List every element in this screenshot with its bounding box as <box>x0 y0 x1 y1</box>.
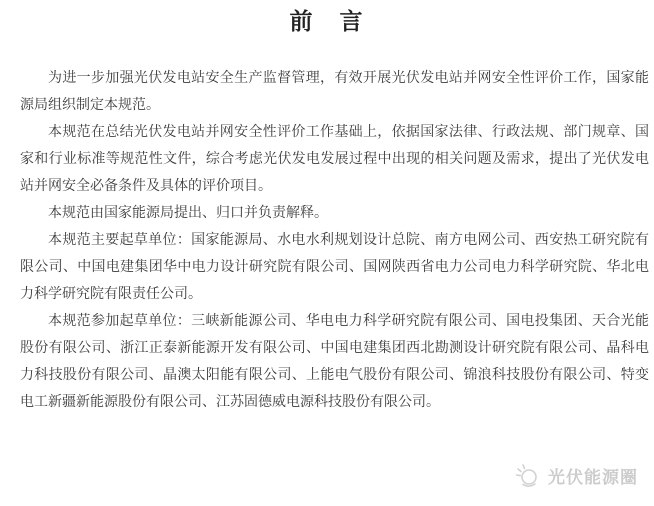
document-page: 前 言 为进一步加强光伏发电站安全生产监督管理，有效开展光伏发电站并网安全性评价… <box>0 0 654 506</box>
page-title: 前 言 <box>0 0 654 34</box>
watermark: 光伏能源圈 <box>514 462 638 489</box>
paragraph-issuer: 本规范由国家能源局提出、归口并负责解释。 <box>20 199 649 226</box>
paragraph-participating-drafters: 本规范参加起草单位：三峡新能源公司、华电电力科学研究院有限公司、国电投集团、天合… <box>20 307 649 415</box>
paragraph-basis: 本规范在总结光伏发电站并网安全性评价工作基础上，依据国家法律、行政法规、部门规章… <box>20 118 649 199</box>
watermark-text: 光伏能源圈 <box>548 463 638 488</box>
paragraph-main-drafters: 本规范主要起草单位：国家能源局、水电水利规划设计总院、南方电网公司、西安热工研究… <box>20 226 649 307</box>
paragraph-intro: 为进一步加强光伏发电站安全生产监督管理，有效开展光伏发电站并网安全性评价工作，国… <box>20 64 649 118</box>
document-body: 为进一步加强光伏发电站安全生产监督管理，有效开展光伏发电站并网安全性评价工作，国… <box>0 64 654 415</box>
sun-logo-icon <box>514 462 541 489</box>
